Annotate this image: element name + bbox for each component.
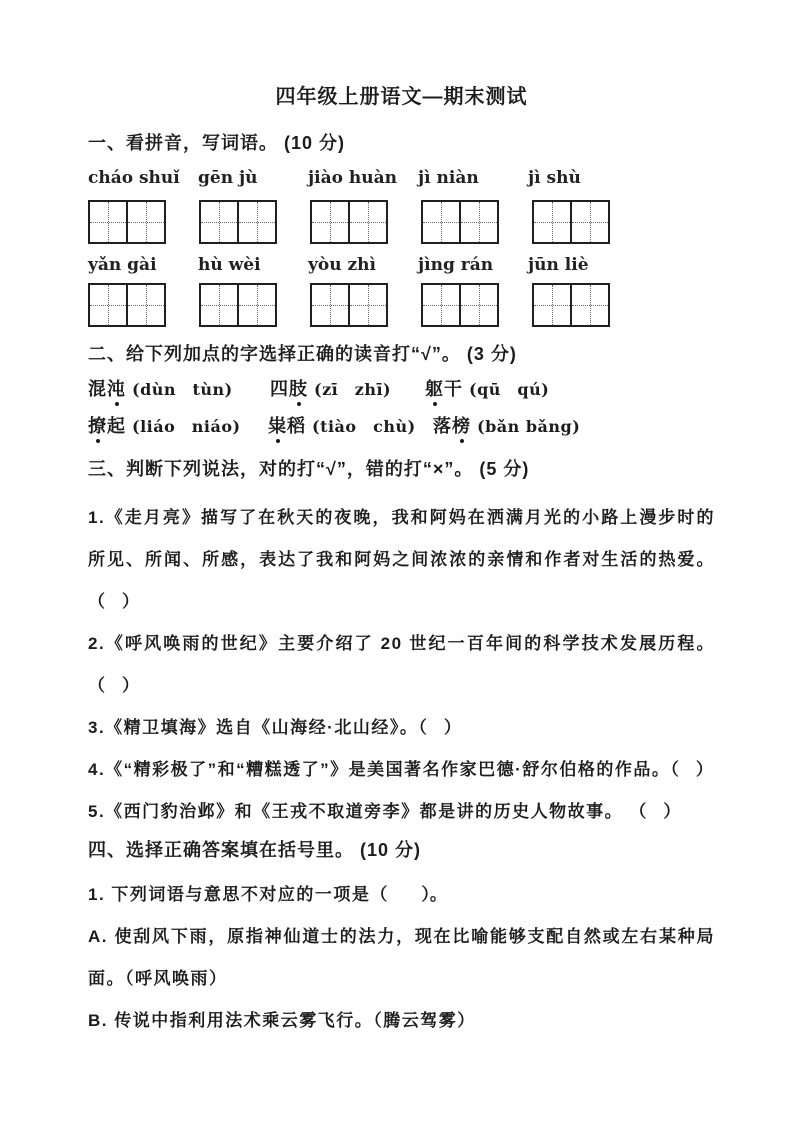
exam-paper-page: 四年级上册语文—期末测试 一、看拼音，写词语。 (10 分) cháo shuǐ… <box>0 0 793 1122</box>
word-group[interactable]: 撩起(liáo niáo) <box>88 412 268 440</box>
pinyin-options[interactable]: (qū qú) <box>469 380 549 399</box>
pinyin-options[interactable]: (zī zhī) <box>314 380 391 399</box>
word-char: 稻 <box>287 416 306 436</box>
pinyin-label: gēn jù <box>198 168 308 192</box>
tf-item1-line2: 所见、所闻、所感，表达了我和阿妈之间浓浓的亲情和作者对生活的热爱。 <box>88 539 715 581</box>
tian-cell[interactable] <box>237 202 275 242</box>
answer-bracket[interactable]: （ ） <box>418 718 461 737</box>
tian-cell[interactable] <box>534 285 570 325</box>
pronunciation-row-2: 撩起(liáo niáo) 粜稻(tiào chù) 落榜(bǎn bǎng) <box>88 412 715 440</box>
section3-heading: 三、判断下列说法，对的打“√”，错的打“×”。 (5 分) <box>88 454 715 484</box>
section2-heading: 二、给下列加点的字选择正确的读音打“√”。 (3 分) <box>88 339 715 369</box>
section-multiple-choice: 四、选择正确答案填在括号里。 (10 分) 1. 下列词语与意思不对应的一项是（… <box>88 835 715 1042</box>
word-char: 起 <box>107 416 126 436</box>
pinyin-label: hù wèi <box>198 255 308 279</box>
section1-heading: 一、看拼音，写词语。 (10 分) <box>88 128 715 158</box>
word-group[interactable]: 四肢(zī zhī) <box>270 375 425 403</box>
tian-cell[interactable] <box>126 202 164 242</box>
pinyin-label: yǎn gài <box>88 255 198 279</box>
page-title: 四年级上册语文—期末测试 <box>88 82 715 112</box>
pinyin-label: cháo shuǐ <box>88 168 198 192</box>
word-group[interactable]: 躯干(qū qú) <box>425 375 549 403</box>
tian-cell[interactable] <box>534 202 570 242</box>
tf-item5: 5.《西门豹治邺》和《王戎不取道旁李》都是讲的历史人物故事。 （ ） <box>88 791 715 833</box>
answer-bracket[interactable]: （ ） <box>670 760 713 779</box>
pinyin-label: yòu zhì <box>308 255 418 279</box>
section-pronunciation: 二、给下列加点的字选择正确的读音打“√”。 (3 分) 混沌(dùn tùn) … <box>88 339 715 440</box>
word-char: 落 <box>433 416 452 436</box>
tian-cell[interactable] <box>423 202 459 242</box>
dotted-char: 榜 <box>452 412 471 440</box>
tf-item1-line1: 1.《走月亮》描写了在秋天的夜晚，我和阿妈在洒满月光的小路上漫步时的 <box>88 497 715 539</box>
tian-cell[interactable] <box>348 202 386 242</box>
answer-bracket[interactable]: （ ） <box>88 592 139 611</box>
writing-grid <box>421 200 499 244</box>
pinyin-row-2: yǎn gài hù wèi yòu zhì jìng rán jūn liè <box>88 255 715 279</box>
tf-item3-text: 3.《精卫填海》选自《山海经·北山经》。 <box>88 718 418 737</box>
tf-item4-text: 4.《“精彩极了”和“糟糕透了”》是美国著名作家巴德·舒尔伯格的作品。 <box>88 760 670 779</box>
tian-cell[interactable] <box>570 202 608 242</box>
pronunciation-row-1: 混沌(dùn tùn) 四肢(zī zhī) 躯干(qū qú) <box>88 375 715 403</box>
tian-cell[interactable] <box>423 285 459 325</box>
dotted-char: 肢 <box>289 375 308 403</box>
writing-grid <box>421 283 499 327</box>
word-group[interactable]: 落榜(bǎn bǎng) <box>433 412 580 440</box>
tian-cell[interactable] <box>126 285 164 325</box>
tian-cell[interactable] <box>90 285 126 325</box>
tian-cell[interactable] <box>459 202 497 242</box>
tian-cell[interactable] <box>237 285 275 325</box>
pinyin-options[interactable]: (liáo niáo) <box>132 417 241 436</box>
writing-grid <box>532 200 610 244</box>
mc-question-1: 1. 下列词语与意思不对应的一项是（ ）。 <box>88 874 715 916</box>
pinyin-options[interactable]: (bǎn bǎng) <box>477 417 580 436</box>
word-char: 干 <box>444 379 463 399</box>
dotted-char: 沌 <box>107 375 126 403</box>
word-group[interactable]: 粜稻(tiào chù) <box>268 412 433 440</box>
tian-cell[interactable] <box>312 285 348 325</box>
dotted-char: 撩 <box>88 412 107 440</box>
answer-bracket[interactable]: （ ） <box>370 885 430 904</box>
writing-grid <box>199 200 277 244</box>
tian-cell[interactable] <box>312 202 348 242</box>
pinyin-label: jì niàn <box>418 168 528 192</box>
pinyin-options[interactable]: (dùn tùn) <box>132 380 233 399</box>
tian-cell[interactable] <box>201 285 237 325</box>
mc-option-a-line2: 面。（呼风唤雨） <box>88 958 715 1000</box>
dotted-char: 粜 <box>268 412 287 440</box>
pinyin-row-1: cháo shuǐ gēn jù jiào huàn jì niàn jì sh… <box>88 168 715 192</box>
writing-grid <box>310 200 388 244</box>
tf-item5-text: 5.《西门豹治邺》和《王戎不取道旁李》都是讲的历史人物故事。 <box>88 802 623 821</box>
tian-cell[interactable] <box>570 285 608 325</box>
tf-item4: 4.《“精彩极了”和“糟糕透了”》是美国著名作家巴德·舒尔伯格的作品。（ ） <box>88 749 715 791</box>
tian-cell[interactable] <box>348 285 386 325</box>
answer-bracket[interactable]: （ ） <box>629 802 680 821</box>
pinyin-options[interactable]: (tiào chù) <box>312 417 416 436</box>
pinyin-label: jūn liè <box>528 255 638 279</box>
dotted-char: 躯 <box>425 375 444 403</box>
writing-grid <box>199 283 277 327</box>
tf-item3: 3.《精卫填海》选自《山海经·北山经》。（ ） <box>88 707 715 749</box>
section-pinyin-writing: 一、看拼音，写词语。 (10 分) cháo shuǐ gēn jù jiào … <box>88 128 715 327</box>
pinyin-label: jì shù <box>528 168 638 192</box>
writing-grid <box>310 283 388 327</box>
answer-bracket[interactable]: （ ） <box>88 676 139 695</box>
tian-cell[interactable] <box>459 285 497 325</box>
writing-grid <box>88 200 166 244</box>
tian-cell[interactable] <box>90 202 126 242</box>
word-char: 四 <box>270 379 289 399</box>
tf-item2-line1: 2.《呼风唤雨的世纪》主要介绍了 20 世纪一百年间的科学技术发展历程。 <box>88 623 715 665</box>
mc-option-b[interactable]: B. 传说中指利用法术乘云雾飞行。（腾云驾雾） <box>88 1000 715 1042</box>
section4-heading: 四、选择正确答案填在括号里。 (10 分) <box>88 835 715 865</box>
tian-cell[interactable] <box>201 202 237 242</box>
writing-grid <box>532 283 610 327</box>
pinyin-label: jìng rán <box>418 255 528 279</box>
pinyin-label: jiào huàn <box>308 168 418 192</box>
writing-grid-row-2 <box>88 283 715 327</box>
writing-grid-row-1 <box>88 200 715 244</box>
word-group[interactable]: 混沌(dùn tùn) <box>88 375 270 403</box>
mc-option-a-line1[interactable]: A. 使刮风下雨，原指神仙道士的法力，现在比喻能够支配自然或左右某种局 <box>88 916 715 958</box>
section-true-false: 三、判断下列说法，对的打“√”，错的打“×”。 (5 分) 1.《走月亮》描写了… <box>88 454 715 833</box>
mc-question-1-period: 。 <box>430 885 449 904</box>
word-char: 混 <box>88 379 107 399</box>
writing-grid <box>88 283 166 327</box>
mc-question-1-text: 1. 下列词语与意思不对应的一项是 <box>88 885 370 904</box>
